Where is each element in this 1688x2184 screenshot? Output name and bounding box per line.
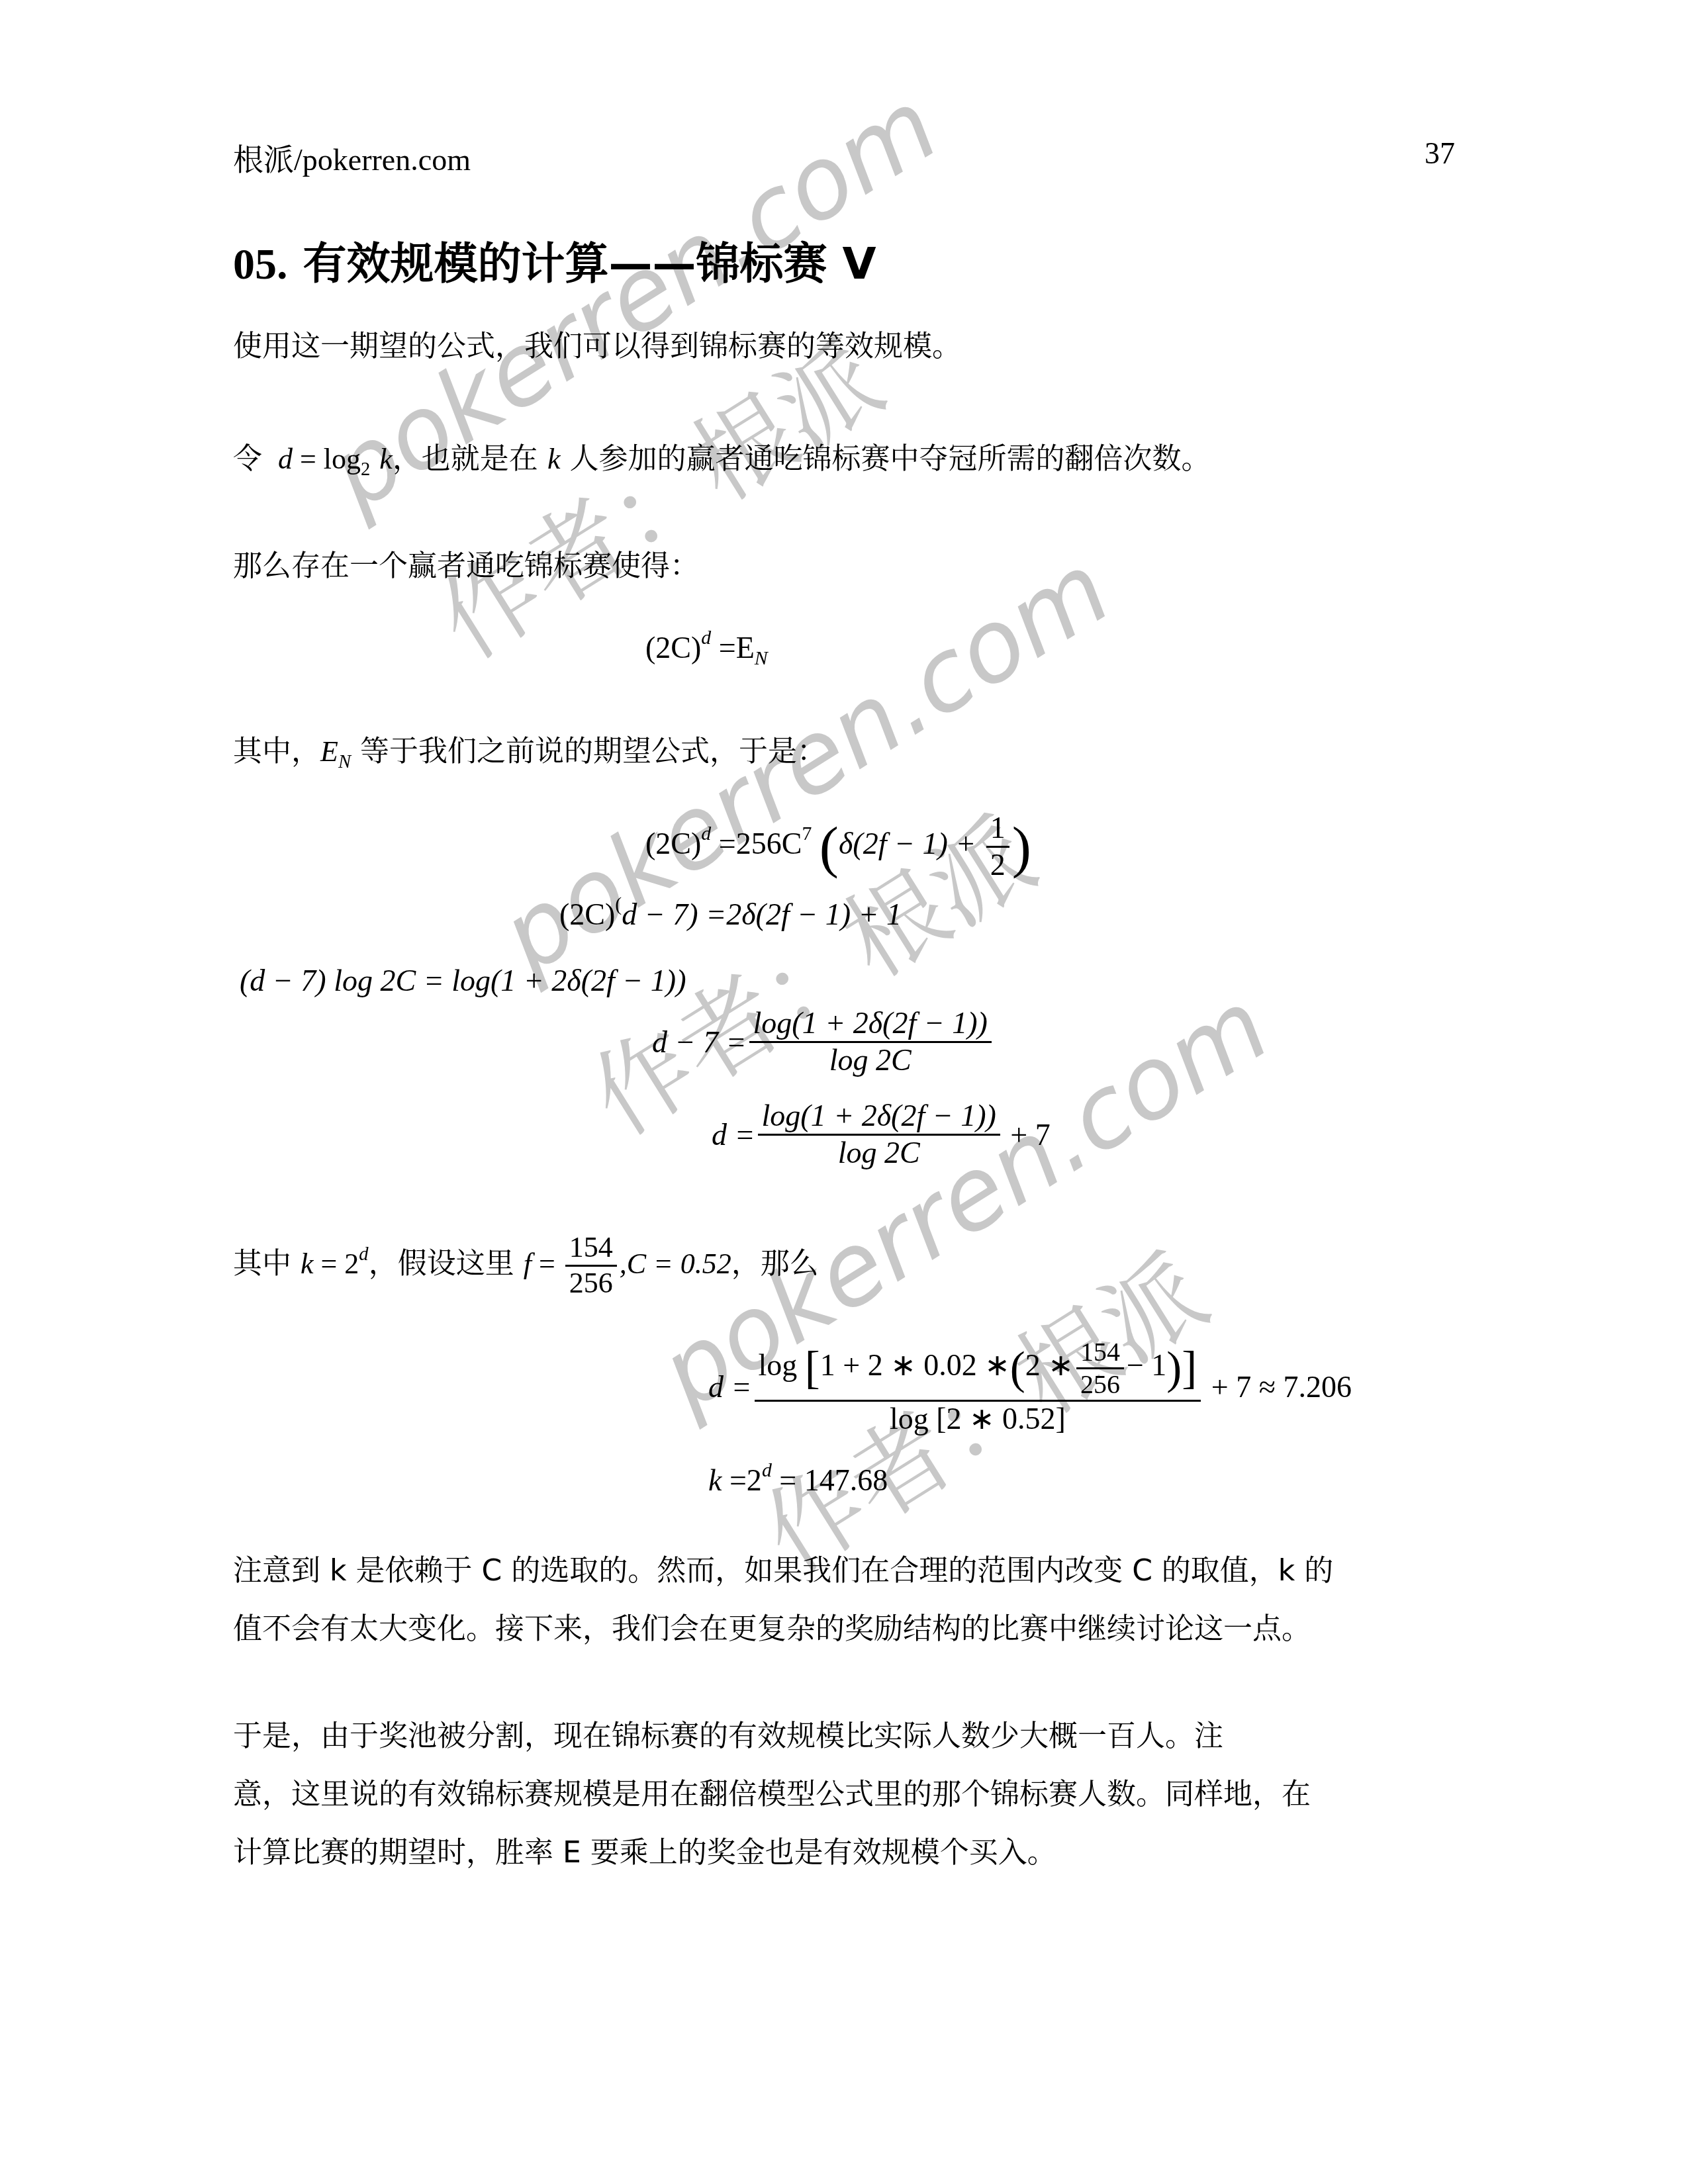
text: 其中 (233, 1247, 291, 1281)
section-title: 05. 有效规模的计算——锦标赛 V (233, 228, 876, 291)
eq-expr: δ(2f − 1) + (839, 827, 984, 860)
equation-1: (2C)d =EN (645, 630, 768, 665)
paragraph-definition: 令 d = log2 k，也就是在 k 人参加的赢者通吃锦标赛中夺冠所需的翻倍次… (233, 430, 1455, 488)
paragraph-note: 注意到 k 是依赖于 C 的选取的。然而，如果我们在合理的范围内改变 C 的取值… (233, 1542, 1455, 1659)
eq-mid: =2 (722, 1463, 761, 1497)
math-sub: N (338, 752, 351, 772)
frac-den: 256 (565, 1267, 617, 1300)
inner: 1 + 2 ∗ 0.02 ∗ (820, 1348, 1010, 1382)
section-number: 05. (233, 240, 288, 289)
eq-rhs: = 147.68 (772, 1463, 888, 1497)
eq-sup: d (762, 1459, 772, 1481)
paren-open: ( (820, 815, 839, 879)
paren-close: ) (1166, 1343, 1182, 1393)
inner3: − 1 (1127, 1348, 1166, 1382)
eq-rhs: =E (711, 631, 755, 664)
equation-7: d =log [1 + 2 ∗ 0.02 ∗(2 ∗154256− 1)]log… (708, 1337, 1352, 1437)
fraction: log [1 + 2 ∗ 0.02 ∗(2 ∗154256− 1)]log [2… (755, 1337, 1201, 1437)
frac-num: 154 (1076, 1337, 1124, 1369)
text: ，也就是在 (393, 442, 538, 476)
eq-sup: ( (615, 893, 622, 915)
math-eq: = 2 (314, 1248, 359, 1280)
frac-den: log 2C (758, 1136, 1000, 1171)
equation-5: d − 7 =log(1 + 2δ(2f − 1))log 2C (652, 1006, 994, 1078)
math-sup: d (359, 1244, 368, 1265)
math-k: k (301, 1248, 314, 1280)
math-k: k (547, 443, 561, 475)
paren-open: ( (1010, 1343, 1025, 1393)
frac-den: log [2 ∗ 0.52] (755, 1402, 1201, 1437)
fraction: log(1 + 2δ(2f − 1))log 2C (749, 1006, 992, 1078)
fraction: 154256 (565, 1231, 617, 1300)
bracket-close: ] (1182, 1343, 1197, 1393)
eq-lhs: (2C) (559, 897, 615, 931)
math-eq-log: = log (293, 443, 361, 475)
math-eq: = (532, 1248, 563, 1280)
text: 人参加的赢者通吃锦标赛中夺冠所需的翻倍次数。 (569, 442, 1210, 476)
frac-num: log [1 + 2 ∗ 0.02 ∗(2 ∗154256− 1)] (755, 1337, 1201, 1402)
paragraph-conclusion: 于是，由于奖池被分割，现在锦标赛的有效规模比实际人数少大概一百人。注 意，这里说… (233, 1707, 1455, 1882)
paragraph-where-en: 其中，EN 等于我们之前说的期望公式，于是： (233, 723, 1455, 781)
paren-close: ) (1012, 815, 1031, 879)
running-header: 根派/pokerren.com (233, 136, 471, 179)
fraction: 12 (986, 811, 1009, 883)
math-sub: 2 (361, 459, 370, 480)
paragraph-exists: 那么存在一个赢者通吃锦标赛使得： (233, 537, 1455, 596)
frac-num: log(1 + 2δ(2f − 1)) (758, 1099, 1000, 1136)
text: 令 (233, 442, 262, 476)
line: 计算比赛的期望时，胜率 E 要乘上的奖金也是有效规模个买入。 (233, 1824, 1455, 1882)
equation-2: (2C)d =256C7 (δ(2f − 1) + 12) (645, 811, 1031, 883)
frac-den: 2 (986, 848, 1009, 883)
line: 意，这里说的有效锦标赛规模是用在翻倍模型公式里的那个锦标赛人数。同样地，在 (233, 1766, 1455, 1824)
paragraph-assumption: 其中 k = 2d，假设这里 f = 154256,C = 0.52，那么 (233, 1231, 1455, 1300)
frac-num: 1 (986, 811, 1009, 848)
eq-lhs-b: d − 7) (622, 897, 706, 931)
equation-4: (d − 7) log 2C = log(1 + 2δ(2f − 1)) (240, 963, 686, 998)
text: 其中， (233, 735, 320, 768)
page-number: 37 (1425, 136, 1455, 171)
line: 值不会有太大变化。接下来，我们会在更复杂的奖励结构的比赛中继续讨论这一点。 (233, 1600, 1455, 1659)
eq-tail: + 7 ≈ 7.206 (1203, 1370, 1352, 1404)
eq-lhs: d − 7 = (652, 1025, 747, 1059)
paragraph-intro: 使用这一期望的公式，我们可以得到锦标赛的等效规模。 (233, 318, 1455, 376)
math-c: ,C = 0.52 (620, 1248, 731, 1280)
fraction: log(1 + 2δ(2f − 1))log 2C (758, 1099, 1000, 1171)
text: ，那么 (731, 1247, 819, 1281)
eq-sub: N (755, 647, 768, 669)
frac-den: 256 (1076, 1369, 1124, 1400)
inner2: 2 ∗ (1025, 1348, 1074, 1382)
section-title-text: 有效规模的计算——锦标赛 V (303, 238, 876, 289)
eq-rhs: =2δ(2f − 1) + 1 (706, 897, 902, 931)
frac-num: log(1 + 2δ(2f − 1)) (749, 1006, 992, 1043)
math-e: E (320, 735, 338, 768)
log: log (759, 1348, 798, 1382)
inner-fraction: 154256 (1076, 1337, 1124, 1400)
math-k: k (379, 443, 393, 475)
eq-lhs: (2C) (645, 827, 701, 860)
line: 注意到 k 是依赖于 C 的选取的。然而，如果我们在合理的范围内改变 C 的取值… (233, 1542, 1455, 1600)
math-f: f (524, 1248, 532, 1280)
eq-sup: d (701, 627, 711, 649)
eq-lhs: (2C) (645, 631, 701, 664)
eq-tail: + 7 (1003, 1118, 1051, 1152)
frac-num: 154 (565, 1231, 617, 1267)
eq-lhs: d = (708, 1370, 752, 1404)
text: ，假设这里 (369, 1247, 514, 1281)
equation-6: d =log(1 + 2δ(2f − 1))log 2C + 7 (712, 1099, 1051, 1171)
frac-den: log 2C (749, 1043, 992, 1078)
bracket-open: [ (805, 1343, 820, 1393)
eq-sup: d (701, 823, 711, 844)
eq-rhs: =256C (711, 827, 802, 860)
eq-lhs: k (708, 1463, 722, 1497)
text: 等于我们之前说的期望公式，于是： (360, 735, 826, 768)
equation-8: k =2d = 147.68 (708, 1463, 888, 1498)
eq-sup: 7 (802, 823, 812, 844)
line: 于是，由于奖池被分割，现在锦标赛的有效规模比实际人数少大概一百人。注 (233, 1707, 1455, 1766)
equation-3: (2C)(d − 7) =2δ(2f − 1) + 1 (559, 897, 902, 932)
eq-lhs: d = (712, 1118, 755, 1152)
math-d: d (278, 443, 293, 475)
